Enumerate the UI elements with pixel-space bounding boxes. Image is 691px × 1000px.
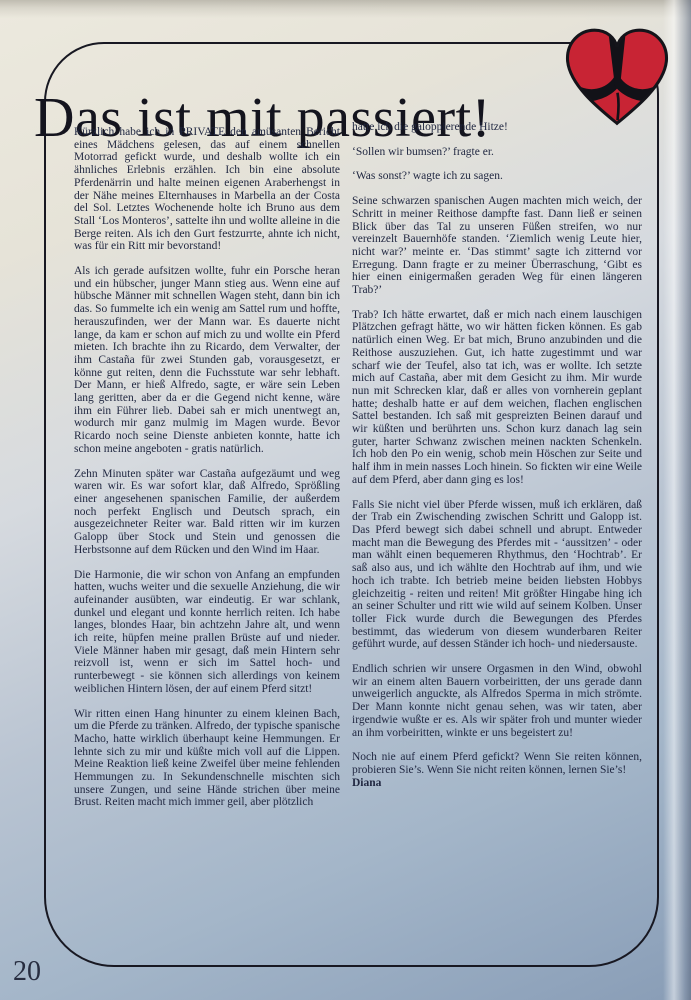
paragraph: Die Harmonie, die wir schon von Anfang a… [74,569,340,696]
paragraph: Zehn Minuten später war Castaña aufgezäu… [74,468,340,557]
article-column-right: hatte ich die galoppierende Hitze! ‘Soll… [352,121,642,789]
magazine-page: Das ist mit passiert! Kürzlich habe ich … [0,0,691,1000]
heart-buttocks-icon [561,25,673,128]
paragraph: Als ich gerade aufsitzen wollte, fuhr ei… [74,265,340,456]
article-column-left: Kürzlich habe ich in PRIVATE den amüsant… [74,126,340,809]
paragraph: ‘Was sonst?’ wagte ich zu sagen. [352,170,642,183]
paragraph: Kürzlich habe ich in PRIVATE den amüsant… [74,126,340,253]
paragraph: Seine schwarzen spanischen Augen machten… [352,195,642,297]
paragraph: hatte ich die galoppierende Hitze! [352,121,642,134]
paragraph: Trab? Ich hätte erwartet, daß er mich na… [352,309,642,487]
paragraph: Noch nie auf einem Pferd gefickt? Wenn S… [352,751,642,776]
paragraph: Endlich schrien wir unsere Orgasmen in d… [352,663,642,739]
paragraph: ‘Sollen wir bumsen?’ fragte er. [352,146,642,159]
paragraph: Wir ritten einen Hang hinunter zu einem … [74,708,340,810]
page-number: 20 [13,956,41,988]
paragraph: Falls Sie nicht viel über Pferde wissen,… [352,499,642,651]
author-signature: Diana [352,777,642,790]
